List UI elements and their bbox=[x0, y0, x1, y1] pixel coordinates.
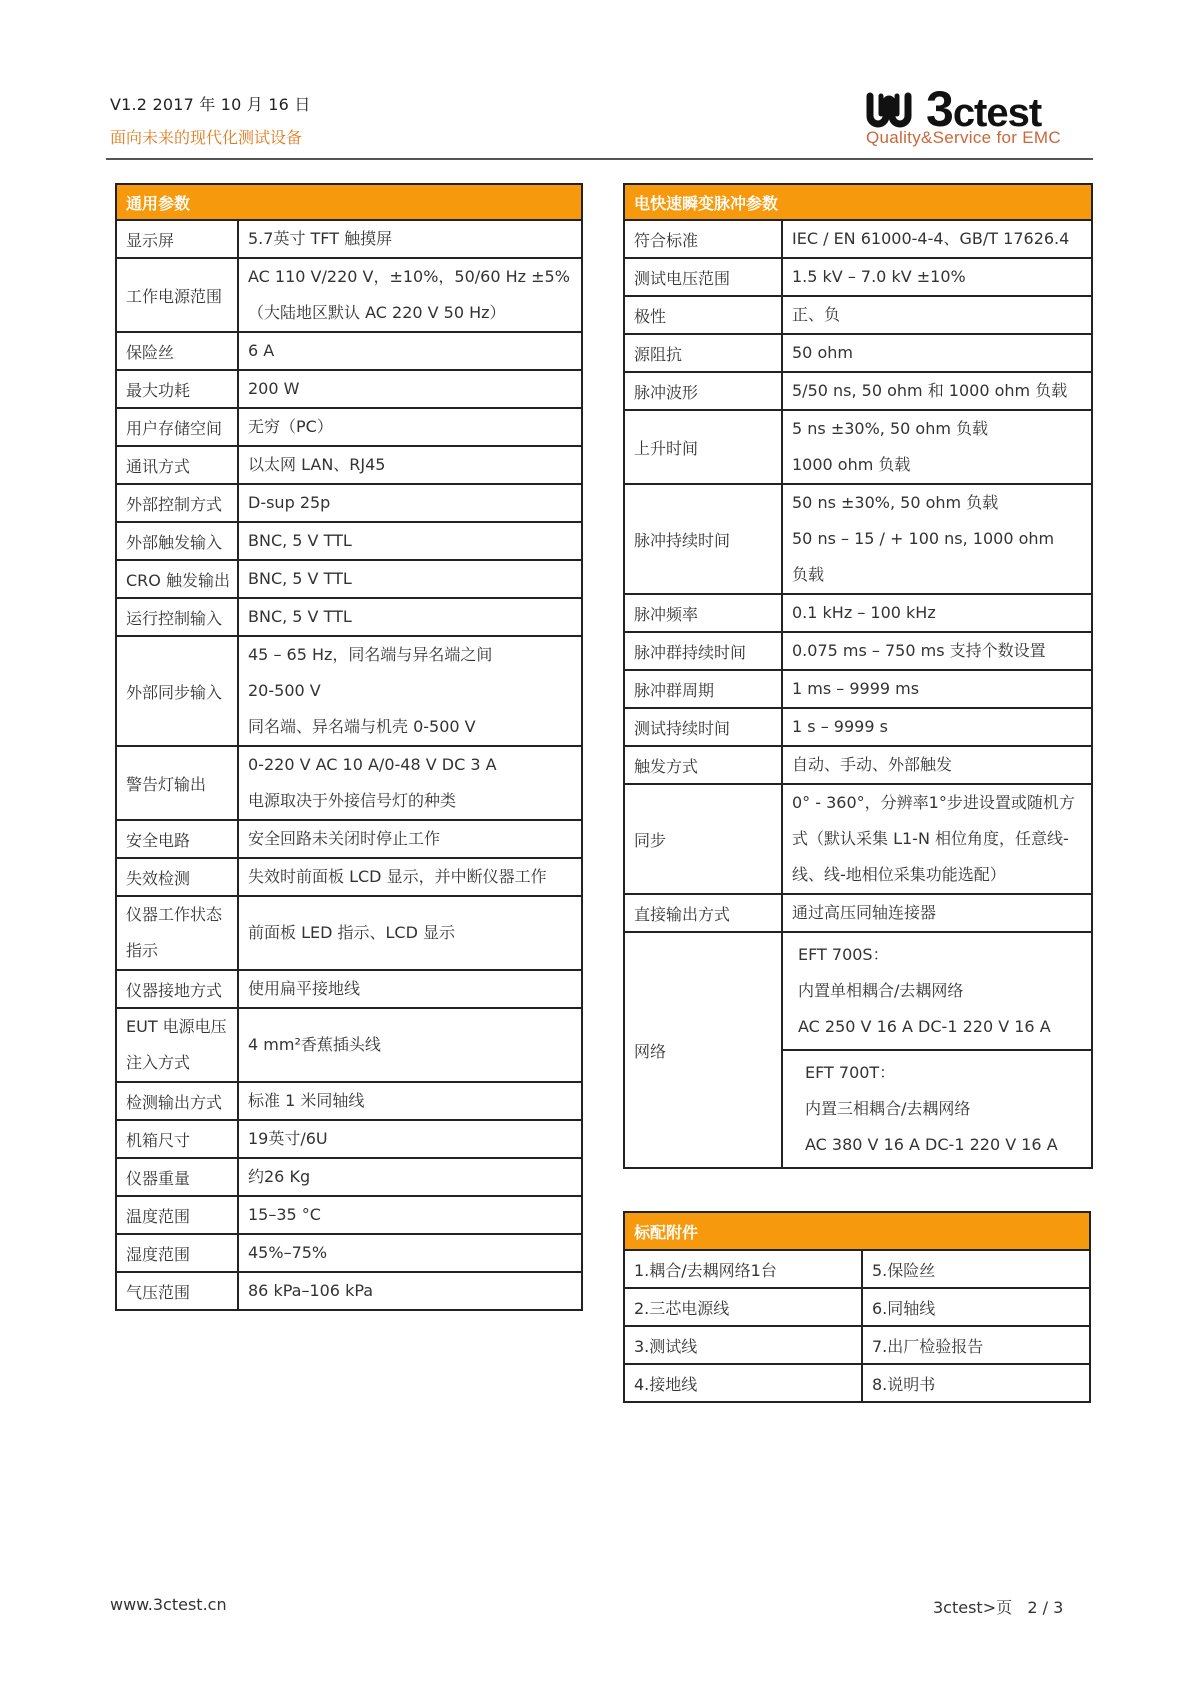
brand-tagline: Quality&Service for EMC bbox=[866, 128, 1061, 148]
row-label: 外部同步输入 bbox=[116, 636, 238, 746]
row-value: 通过高压同轴连接器 bbox=[782, 894, 1092, 932]
row-value-line: D-sup 25p bbox=[248, 485, 572, 521]
row-value: BNC, 5 V TTL bbox=[238, 560, 582, 598]
table-row: 保险丝6 A bbox=[116, 332, 582, 370]
row-value: BNC, 5 V TTL bbox=[238, 598, 582, 636]
row-label: 警告灯输出 bbox=[116, 746, 238, 820]
row-value-line: 安全回路未关闭时停止工作 bbox=[248, 821, 572, 857]
row-value-line: 5/50 ns, 50 ohm 和 1000 ohm 负载 bbox=[792, 373, 1082, 409]
footer-website: www.3ctest.cn bbox=[110, 1595, 227, 1614]
network-model-block: EFT 700T：内置三相耦合/去耦网络AC 380 V 16 A DC-1 2… bbox=[783, 1049, 1091, 1167]
row-value-line: 0° - 360°，分辨率1°步进设置或随机方 bbox=[792, 785, 1082, 821]
row-value: 6 A bbox=[238, 332, 582, 370]
row-label: EUT 电源电压注入方式 bbox=[116, 1008, 238, 1082]
row-value: BNC, 5 V TTL bbox=[238, 522, 582, 560]
row-value-line: 通过高压同轴连接器 bbox=[792, 895, 1082, 931]
row-value-line: 电源取决于外接信号灯的种类 bbox=[248, 783, 572, 819]
row-label: 外部控制方式 bbox=[116, 484, 238, 522]
accessory-item: 3.测试线 bbox=[624, 1326, 862, 1364]
row-value: 1 ms – 9999 ms bbox=[782, 670, 1092, 708]
table-row: 触发方式自动、手动、外部触发 bbox=[624, 746, 1092, 784]
row-label: 脉冲波形 bbox=[624, 372, 782, 410]
table-row: 脉冲持续时间50 ns ±30%, 50 ohm 负载50 ns – 15 / … bbox=[624, 484, 1092, 594]
row-value: 0.1 kHz – 100 kHz bbox=[782, 594, 1092, 632]
row-value-line: 0.1 kHz – 100 kHz bbox=[792, 595, 1082, 631]
row-value: 正、负 bbox=[782, 296, 1092, 334]
row-value-line: 200 W bbox=[248, 371, 572, 407]
row-label: 工作电源范围 bbox=[116, 258, 238, 332]
row-value: 86 kPa–106 kPa bbox=[238, 1272, 582, 1310]
network-model-block: EFT 700S：内置单相耦合/去耦网络AC 250 V 16 A DC-1 2… bbox=[792, 933, 1082, 1049]
eft-params-table: 电快速瞬变脉冲参数符合标准IEC / EN 61000-4-4、GB/T 176… bbox=[623, 183, 1093, 1169]
row-label: 最大功耗 bbox=[116, 370, 238, 408]
row-label: 脉冲群持续时间 bbox=[624, 632, 782, 670]
row-value: 0° - 360°，分辨率1°步进设置或随机方式（默认采集 L1-N 相位角度，… bbox=[782, 784, 1092, 894]
row-value-line: （大陆地区默认 AC 220 V 50 Hz） bbox=[248, 295, 572, 331]
header-divider bbox=[106, 158, 1093, 160]
table-row: 气压范围86 kPa–106 kPa bbox=[116, 1272, 582, 1310]
network-line: EFT 700T： bbox=[805, 1055, 1082, 1091]
table-row: 仪器工作状态指示前面板 LED 指示、LCD 显示 bbox=[116, 896, 582, 970]
table-row: CRO 触发输出BNC, 5 V TTL bbox=[116, 560, 582, 598]
table-row: 脉冲群周期1 ms – 9999 ms bbox=[624, 670, 1092, 708]
row-value: 5/50 ns, 50 ohm 和 1000 ohm 负载 bbox=[782, 372, 1092, 410]
table-title: 电快速瞬变脉冲参数 bbox=[624, 184, 1092, 220]
row-value-line: IEC / EN 61000-4-4、GB/T 17626.4 bbox=[792, 221, 1082, 257]
row-value-line: 同名端、异名端与机壳 0-500 V bbox=[248, 709, 572, 745]
row-label: 仪器工作状态指示 bbox=[116, 896, 238, 970]
table-header-row: 标配附件 bbox=[624, 1212, 1090, 1250]
table-row: 外部触发输入BNC, 5 V TTL bbox=[116, 522, 582, 560]
table-row: 直接输出方式通过高压同轴连接器 bbox=[624, 894, 1092, 932]
row-label: 测试电压范围 bbox=[624, 258, 782, 296]
footer-page-number: 3ctest>页 2 / 3 bbox=[933, 1595, 1063, 1618]
row-value-line: 5 ns ±30%, 50 ohm 负载 bbox=[792, 411, 1082, 447]
row-label: 检测输出方式 bbox=[116, 1082, 238, 1120]
row-value: 无穷（PC） bbox=[238, 408, 582, 446]
table-row: 源阻抗50 ohm bbox=[624, 334, 1092, 372]
row-label: 同步 bbox=[624, 784, 782, 894]
row-value: 自动、手动、外部触发 bbox=[782, 746, 1092, 784]
row-value: 15–35 °C bbox=[238, 1196, 582, 1234]
row-label-line: 注入方式 bbox=[126, 1045, 228, 1081]
row-label: 失效检测 bbox=[116, 858, 238, 896]
accessory-item: 7.出厂检验报告 bbox=[862, 1326, 1090, 1364]
table-row: 最大功耗200 W bbox=[116, 370, 582, 408]
row-value-line: 前面板 LED 指示、LCD 显示 bbox=[248, 915, 572, 951]
row-value-line: 1 s – 9999 s bbox=[792, 709, 1082, 745]
row-label-line: EUT 电源电压 bbox=[126, 1009, 228, 1045]
table-row: 外部同步输入45 – 65 Hz，同名端与异名端之间20-500 V同名端、异名… bbox=[116, 636, 582, 746]
table-row: 外部控制方式D-sup 25p bbox=[116, 484, 582, 522]
row-label: 网络 bbox=[624, 932, 782, 1168]
row-value-line: 自动、手动、外部触发 bbox=[792, 747, 1082, 783]
table-row: 极性正、负 bbox=[624, 296, 1092, 334]
row-value-line: 15–35 °C bbox=[248, 1197, 572, 1233]
accessory-item: 6.同轴线 bbox=[862, 1288, 1090, 1326]
table-row: 工作电源范围AC 110 V/220 V，±10%，50/60 Hz ±5%（大… bbox=[116, 258, 582, 332]
row-value: 45 – 65 Hz，同名端与异名端之间20-500 V同名端、异名端与机壳 0… bbox=[238, 636, 582, 746]
row-value-line: 标准 1 米同轴线 bbox=[248, 1083, 572, 1119]
row-value-line: 负载 bbox=[792, 557, 1082, 593]
table-row: 用户存储空间无穷（PC） bbox=[116, 408, 582, 446]
row-label: 外部触发输入 bbox=[116, 522, 238, 560]
slogan: 面向未来的现代化测试设备 bbox=[110, 125, 311, 148]
version-date: V1.2 2017 年 10 月 16 日 bbox=[110, 92, 311, 115]
table-row: 仪器接地方式使用扁平接地线 bbox=[116, 970, 582, 1008]
row-value-line: 0.075 ms – 750 ms 支持个数设置 bbox=[792, 633, 1082, 669]
row-value-line: 失效时前面板 LCD 显示，并中断仪器工作 bbox=[248, 859, 572, 895]
row-value-line: 0-220 V AC 10 A/0-48 V DC 3 A bbox=[248, 747, 572, 783]
accessory-row: 4.接地线8.说明书 bbox=[624, 1364, 1090, 1402]
table-header-row: 电快速瞬变脉冲参数 bbox=[624, 184, 1092, 220]
row-value-line: 20-500 V bbox=[248, 673, 572, 709]
row-value: AC 110 V/220 V，±10%，50/60 Hz ±5%（大陆地区默认 … bbox=[238, 258, 582, 332]
row-value-line: 无穷（PC） bbox=[248, 409, 572, 445]
table-row: 运行控制输入BNC, 5 V TTL bbox=[116, 598, 582, 636]
row-label: 显示屏 bbox=[116, 220, 238, 258]
row-value: 1.5 kV – 7.0 kV ±10% bbox=[782, 258, 1092, 296]
row-label: 符合标准 bbox=[624, 220, 782, 258]
row-value-line: 45 – 65 Hz，同名端与异名端之间 bbox=[248, 637, 572, 673]
network-line: AC 250 V 16 A DC-1 220 V 16 A bbox=[798, 1009, 1082, 1045]
row-value: 安全回路未关闭时停止工作 bbox=[238, 820, 582, 858]
table-row: 脉冲波形5/50 ns, 50 ohm 和 1000 ohm 负载 bbox=[624, 372, 1092, 410]
table-row: 脉冲群持续时间0.075 ms – 750 ms 支持个数设置 bbox=[624, 632, 1092, 670]
row-label: 测试持续时间 bbox=[624, 708, 782, 746]
row-value: 50 ns ±30%, 50 ohm 负载50 ns – 15 / + 100 … bbox=[782, 484, 1092, 594]
row-label: 极性 bbox=[624, 296, 782, 334]
accessory-item: 5.保险丝 bbox=[862, 1250, 1090, 1288]
row-label: 运行控制输入 bbox=[116, 598, 238, 636]
row-label: 通讯方式 bbox=[116, 446, 238, 484]
row-label: 触发方式 bbox=[624, 746, 782, 784]
row-label-line: 指示 bbox=[126, 933, 228, 969]
table-row: 机箱尺寸19英寸/6U bbox=[116, 1120, 582, 1158]
row-value: 0.075 ms – 750 ms 支持个数设置 bbox=[782, 632, 1092, 670]
table-row: 同步0° - 360°，分辨率1°步进设置或随机方式（默认采集 L1-N 相位角… bbox=[624, 784, 1092, 894]
row-value-line: BNC, 5 V TTL bbox=[248, 561, 572, 597]
row-value-line: 50 ohm bbox=[792, 335, 1082, 371]
row-value-line: AC 110 V/220 V，±10%，50/60 Hz ±5% bbox=[248, 259, 572, 295]
table-row: 仪器重量约26 Kg bbox=[116, 1158, 582, 1196]
network-line: EFT 700S： bbox=[798, 937, 1082, 973]
row-label: 机箱尺寸 bbox=[116, 1120, 238, 1158]
row-value-line: 式（默认采集 L1-N 相位角度，任意线- bbox=[792, 821, 1082, 857]
table-row: 上升时间5 ns ±30%, 50 ohm 负载1000 ohm 负载 bbox=[624, 410, 1092, 484]
accessory-row: 2.三芯电源线6.同轴线 bbox=[624, 1288, 1090, 1326]
row-label: 仪器重量 bbox=[116, 1158, 238, 1196]
row-value-line: 5.7英寸 TFT 触摸屏 bbox=[248, 221, 572, 257]
table-row: 测试电压范围1.5 kV – 7.0 kV ±10% bbox=[624, 258, 1092, 296]
row-value-line: 1 ms – 9999 ms bbox=[792, 671, 1082, 707]
network-value: EFT 700S：内置单相耦合/去耦网络AC 250 V 16 A DC-1 2… bbox=[782, 932, 1092, 1168]
row-label: 脉冲频率 bbox=[624, 594, 782, 632]
table-row: 温度范围15–35 °C bbox=[116, 1196, 582, 1234]
row-value-line: 86 kPa–106 kPa bbox=[248, 1273, 572, 1309]
row-value-line: 19英寸/6U bbox=[248, 1121, 572, 1157]
row-value: 前面板 LED 指示、LCD 显示 bbox=[238, 896, 582, 970]
row-value-line: 以太网 LAN、RJ45 bbox=[248, 447, 572, 483]
row-value: 1 s – 9999 s bbox=[782, 708, 1092, 746]
row-value: 45%–75% bbox=[238, 1234, 582, 1272]
accessory-row: 1.耦合/去耦网络1台5.保险丝 bbox=[624, 1250, 1090, 1288]
network-line: AC 380 V 16 A DC-1 220 V 16 A bbox=[805, 1127, 1082, 1163]
row-label: 源阻抗 bbox=[624, 334, 782, 372]
row-label: 用户存储空间 bbox=[116, 408, 238, 446]
table-row: 湿度范围45%–75% bbox=[116, 1234, 582, 1272]
general-params-table: 通用参数显示屏5.7英寸 TFT 触摸屏工作电源范围AC 110 V/220 V… bbox=[115, 183, 583, 1311]
row-label: 湿度范围 bbox=[116, 1234, 238, 1272]
row-label: 安全电路 bbox=[116, 820, 238, 858]
row-value: 5 ns ±30%, 50 ohm 负载1000 ohm 负载 bbox=[782, 410, 1092, 484]
row-label: 上升时间 bbox=[624, 410, 782, 484]
row-value-line: 6 A bbox=[248, 333, 572, 369]
brand-logo: 3ctest Quality&Service for EMC bbox=[858, 86, 1094, 156]
accessory-item: 4.接地线 bbox=[624, 1364, 862, 1402]
row-value-line: 使用扁平接地线 bbox=[248, 971, 572, 1007]
accessory-item: 8.说明书 bbox=[862, 1364, 1090, 1402]
table-row: 符合标准IEC / EN 61000-4-4、GB/T 17626.4 bbox=[624, 220, 1092, 258]
row-value: 200 W bbox=[238, 370, 582, 408]
row-value: 50 ohm bbox=[782, 334, 1092, 372]
table-row-network: 网络EFT 700S：内置单相耦合/去耦网络AC 250 V 16 A DC-1… bbox=[624, 932, 1092, 1168]
accessory-row: 3.测试线7.出厂检验报告 bbox=[624, 1326, 1090, 1364]
row-value-line: 1.5 kV – 7.0 kV ±10% bbox=[792, 259, 1082, 295]
table-row: 脉冲频率0.1 kHz – 100 kHz bbox=[624, 594, 1092, 632]
row-value-line: 1000 ohm 负载 bbox=[792, 447, 1082, 483]
row-value: 失效时前面板 LCD 显示，并中断仪器工作 bbox=[238, 858, 582, 896]
row-value: D-sup 25p bbox=[238, 484, 582, 522]
accessory-item: 2.三芯电源线 bbox=[624, 1288, 862, 1326]
row-value: 使用扁平接地线 bbox=[238, 970, 582, 1008]
row-value-line: 正、负 bbox=[792, 297, 1082, 333]
row-value: 0-220 V AC 10 A/0-48 V DC 3 A电源取决于外接信号灯的… bbox=[238, 746, 582, 820]
row-label: 保险丝 bbox=[116, 332, 238, 370]
row-value: 标准 1 米同轴线 bbox=[238, 1082, 582, 1120]
table-row: 检测输出方式标准 1 米同轴线 bbox=[116, 1082, 582, 1120]
table-title: 通用参数 bbox=[116, 184, 582, 220]
row-label: 气压范围 bbox=[116, 1272, 238, 1310]
row-value: 约26 Kg bbox=[238, 1158, 582, 1196]
row-value-line: 线、线-地相位采集功能选配） bbox=[792, 857, 1082, 893]
table-row: 通讯方式以太网 LAN、RJ45 bbox=[116, 446, 582, 484]
row-label-line: 仪器工作状态 bbox=[126, 897, 228, 933]
row-label: 温度范围 bbox=[116, 1196, 238, 1234]
row-value-line: BNC, 5 V TTL bbox=[248, 523, 572, 559]
row-value: IEC / EN 61000-4-4、GB/T 17626.4 bbox=[782, 220, 1092, 258]
table-row: 失效检测失效时前面板 LCD 显示，并中断仪器工作 bbox=[116, 858, 582, 896]
row-label: 脉冲群周期 bbox=[624, 670, 782, 708]
accessories-table: 标配附件1.耦合/去耦网络1台5.保险丝2.三芯电源线6.同轴线3.测试线7.出… bbox=[623, 1211, 1091, 1403]
row-value-line: BNC, 5 V TTL bbox=[248, 599, 572, 635]
row-value-line: 50 ns – 15 / + 100 ns, 1000 ohm bbox=[792, 521, 1082, 557]
row-value-line: 45%–75% bbox=[248, 1235, 572, 1271]
row-value: 以太网 LAN、RJ45 bbox=[238, 446, 582, 484]
row-label: 仪器接地方式 bbox=[116, 970, 238, 1008]
row-value-line: 50 ns ±30%, 50 ohm 负载 bbox=[792, 485, 1082, 521]
table-row: 安全电路安全回路未关闭时停止工作 bbox=[116, 820, 582, 858]
table-row: 显示屏5.7英寸 TFT 触摸屏 bbox=[116, 220, 582, 258]
accessory-item: 1.耦合/去耦网络1台 bbox=[624, 1250, 862, 1288]
table-row: 测试持续时间1 s – 9999 s bbox=[624, 708, 1092, 746]
table-title: 标配附件 bbox=[624, 1212, 1090, 1250]
network-line: 内置三相耦合/去耦网络 bbox=[805, 1091, 1082, 1127]
row-label: 脉冲持续时间 bbox=[624, 484, 782, 594]
document-header: V1.2 2017 年 10 月 16 日 面向未来的现代化测试设备 bbox=[110, 92, 311, 148]
row-label: CRO 触发输出 bbox=[116, 560, 238, 598]
table-header-row: 通用参数 bbox=[116, 184, 582, 220]
row-value: 4 mm²香蕉插头线 bbox=[238, 1008, 582, 1082]
table-row: 警告灯输出0-220 V AC 10 A/0-48 V DC 3 A电源取决于外… bbox=[116, 746, 582, 820]
row-value: 19英寸/6U bbox=[238, 1120, 582, 1158]
row-value-line: 4 mm²香蕉插头线 bbox=[248, 1027, 572, 1063]
network-line: 内置单相耦合/去耦网络 bbox=[798, 973, 1082, 1009]
row-value-line: 约26 Kg bbox=[248, 1159, 572, 1195]
row-value: 5.7英寸 TFT 触摸屏 bbox=[238, 220, 582, 258]
row-label: 直接输出方式 bbox=[624, 894, 782, 932]
table-row: EUT 电源电压注入方式4 mm²香蕉插头线 bbox=[116, 1008, 582, 1082]
